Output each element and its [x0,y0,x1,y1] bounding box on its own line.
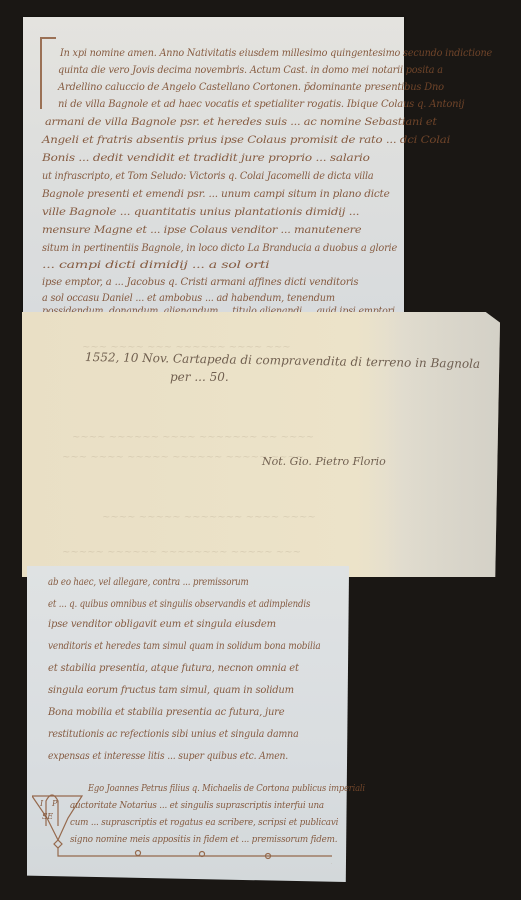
text-line: ut infrascripto, et Tom Seludo: Victoris… [42,170,374,182]
text-line: restitutionis ac refectionis sibi unius … [48,728,299,740]
archival-note-line-2: per ... 50. [170,370,229,384]
notary-mark-initial: SE [42,812,53,821]
archival-signature: Not. Gio. Pietro Florio [262,455,386,468]
text-line: et stabilia presentia, atque futura, nec… [48,662,299,674]
notary-signum-icon [32,786,332,871]
text-line: Bagnole presenti et emendi psr. ... unum… [42,188,390,200]
text-line: ni de villa Bagnole et ad haec vocatis e… [58,98,464,110]
notary-mark-initial: I [40,799,43,808]
text-line: Bona mobilia et stabilia presentia ac fu… [48,706,284,718]
text-line: a sol occasu Daniel ... et ambobus ... a… [42,292,335,304]
text-line: quinta die vero Jovis decima novembris. … [58,64,443,76]
text-line: Ardellino caluccio de Angelo Castellano … [58,81,444,93]
text-line: ... campi dicti dimidij ... a sol orti [42,259,269,271]
text-line: Bonis ... dedit vendidit et tradidit jur… [42,152,370,164]
decorated-initial-i [40,37,56,109]
text-line: situm in pertinentiis Bagnole, in loco d… [42,242,397,254]
text-line: et ... q. quibus omnibus et singulis obs… [48,598,310,610]
text-line: Angeli et fratris absentis prius ipse Co… [42,134,450,146]
bleed-through-text: ~~~~ ~~~~~~ ~~~~ ~~~~~~~ ~~ ~~~~ [72,432,314,443]
text-line: ipse venditor obligavit eum et singula e… [48,618,276,630]
text-line: singula eorum fructus tam simul, quam in… [48,684,294,696]
text-line: ab eo haec, vel allegare, contra ... pre… [48,576,249,588]
bleed-through-text: ~~~~ ~~~~~ ~~~~~~~ ~~~~ ~~~~ [102,512,316,523]
text-line: expensas et interesse litis ... super qu… [48,750,288,762]
text-line: ville Bagnole ... quantitatis unius plan… [42,206,359,218]
top-parchment-leaf [23,17,404,317]
slip-shadow [387,312,500,577]
text-line: armani de villa Bagnole psr. et heredes … [45,116,437,128]
bleed-through-text: ~~~~~ ~~~~~~ ~~~~~~~~ ~~~~~ ~~~ [62,547,301,558]
text-line: venditoris et heredes tam simul quam in … [48,640,321,652]
notary-mark-initial: P [52,799,57,808]
text-line: In xpi nomine amen. Anno Nativitatis eiu… [60,47,492,59]
text-line: mensure Magne et ... ipse Colaus vendito… [42,224,361,236]
text-line: ipse emptor, a ... Jacobus q. Cristi arm… [42,276,358,288]
